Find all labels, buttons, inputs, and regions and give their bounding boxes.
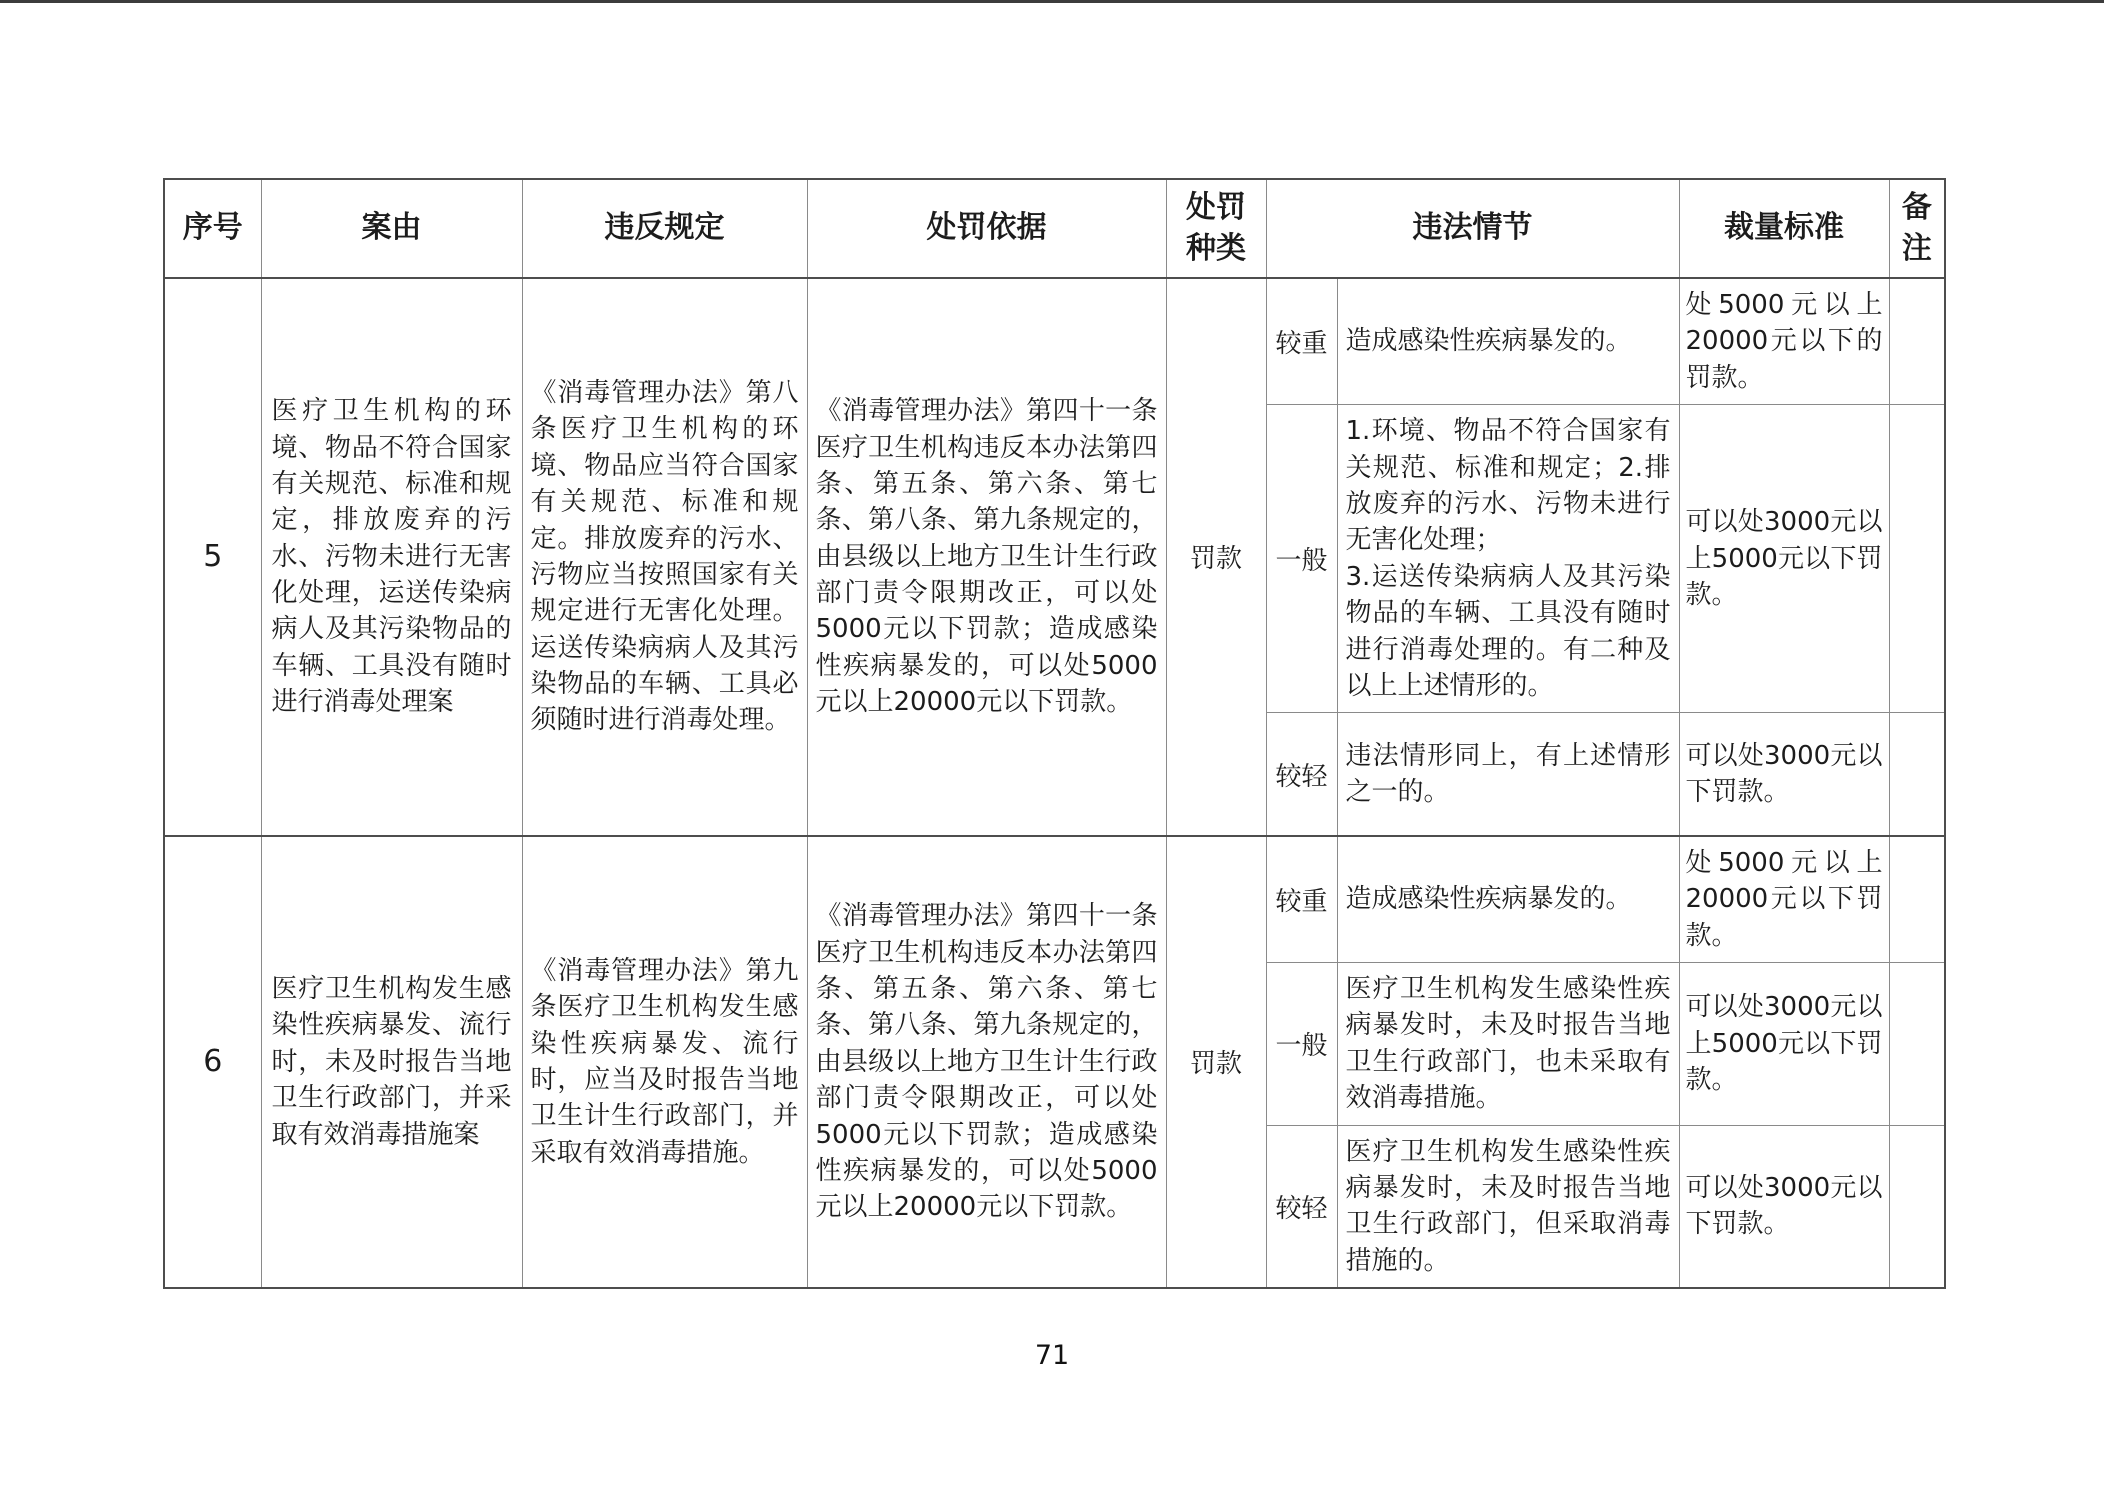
table-header-row: 序号 案由 违反规定 处罚依据 处罚种类 违法情节 裁量标准 备注 <box>164 179 1945 278</box>
row5-circumstance-cell-light: 违法情形同上，有上述情形之一的。 <box>1337 713 1679 836</box>
row5-penalty-type-cell: 罚款 <box>1166 278 1266 836</box>
col-header-violation: 违反规定 <box>522 179 807 278</box>
col-header-penalty-basis: 处罚依据 <box>807 179 1166 278</box>
row5-penalty-basis-cell: 《消毒管理办法》第四十一条医疗卫生机构违反本办法第四条、第五条、第六条、第七条、… <box>807 278 1166 836</box>
document-page: 序号 案由 违反规定 处罚依据 处罚种类 违法情节 裁量标准 备注 5 医疗卫生… <box>0 0 2104 1488</box>
row6-circumstance-cell-heavy: 造成感染性疾病暴发的。 <box>1337 836 1679 963</box>
row6-case-cell: 医疗卫生机构发生感染性疾病暴发、流行时，未及时报告当地卫生行政部门，并采取有效消… <box>261 836 522 1288</box>
col-header-remarks: 备注 <box>1889 179 1945 278</box>
row5-circumstance-cell-heavy: 造成感染性疾病暴发的。 <box>1337 278 1679 405</box>
row5-case-cell: 医疗卫生机构的环境、物品不符合国家有关规范、标准和规定，排放废弃的污水、污物未进… <box>261 278 522 836</box>
row5-severity-cell-light: 较轻 <box>1266 713 1337 836</box>
row6-circumstance-cell-general: 医疗卫生机构发生感染性疾病暴发时，未及时报告当地卫生行政部门，也未采取有效消毒措… <box>1337 962 1679 1125</box>
table-row: 5 医疗卫生机构的环境、物品不符合国家有关规范、标准和规定，排放废弃的污水、污物… <box>164 278 1945 405</box>
row6-penalty-basis-cell: 《消毒管理办法》第四十一条医疗卫生机构违反本办法第四条、第五条、第六条、第七条、… <box>807 836 1166 1288</box>
row6-standard-cell-heavy: 处5000元以上20000元以下罚款。 <box>1679 836 1889 963</box>
row6-severity-cell-heavy: 较重 <box>1266 836 1337 963</box>
row6-severity-cell-general: 一般 <box>1266 962 1337 1125</box>
row6-penalty-type-cell: 罚款 <box>1166 836 1266 1288</box>
row6-circumstance-cell-light: 医疗卫生机构发生感染性疾病暴发时，未及时报告当地卫生行政部门，但采取消毒措施的。 <box>1337 1125 1679 1288</box>
row5-remark-cell-light <box>1889 713 1945 836</box>
row5-remark-cell-general <box>1889 405 1945 713</box>
scan-edge-artifact <box>0 0 2104 3</box>
row5-severity-cell-general: 一般 <box>1266 405 1337 713</box>
page-number: 71 <box>0 1340 2104 1371</box>
col-header-case: 案由 <box>261 179 522 278</box>
row5-severity-cell-heavy: 较重 <box>1266 278 1337 405</box>
row5-index-cell: 5 <box>164 278 261 836</box>
row6-remark-cell-light <box>1889 1125 1945 1288</box>
row5-remark-cell-heavy <box>1889 278 1945 405</box>
row6-index-cell: 6 <box>164 836 261 1288</box>
row5-circumstance-cell-general: 1.环境、物品不符合国家有关规范、标准和规定；2.排放废弃的污水、污物未进行无害… <box>1337 405 1679 713</box>
row5-standard-cell-heavy: 处5000元以上20000元以下的罚款。 <box>1679 278 1889 405</box>
row5-standard-cell-general: 可以处3000元以上5000元以下罚款。 <box>1679 405 1889 713</box>
col-header-penalty-type: 处罚种类 <box>1166 179 1266 278</box>
row6-severity-cell-light: 较轻 <box>1266 1125 1337 1288</box>
col-header-index: 序号 <box>164 179 261 278</box>
penalty-discretion-table: 序号 案由 违反规定 处罚依据 处罚种类 违法情节 裁量标准 备注 5 医疗卫生… <box>163 178 1946 1289</box>
row6-violation-cell: 《消毒管理办法》第九条医疗卫生机构发生感染性疾病暴发、流行时，应当及时报告当地卫… <box>522 836 807 1288</box>
table-row: 6 医疗卫生机构发生感染性疾病暴发、流行时，未及时报告当地卫生行政部门，并采取有… <box>164 836 1945 963</box>
row6-standard-cell-general: 可以处3000元以上5000元以下罚款。 <box>1679 962 1889 1125</box>
col-header-standard: 裁量标准 <box>1679 179 1889 278</box>
row6-remark-cell-general <box>1889 962 1945 1125</box>
row6-remark-cell-heavy <box>1889 836 1945 963</box>
col-header-circumstances: 违法情节 <box>1266 179 1679 278</box>
row6-standard-cell-light: 可以处3000元以下罚款。 <box>1679 1125 1889 1288</box>
row5-standard-cell-light: 可以处3000元以下罚款。 <box>1679 713 1889 836</box>
row5-violation-cell: 《消毒管理办法》第八条医疗卫生机构的环境、物品应当符合国家有关规范、标准和规定。… <box>522 278 807 836</box>
